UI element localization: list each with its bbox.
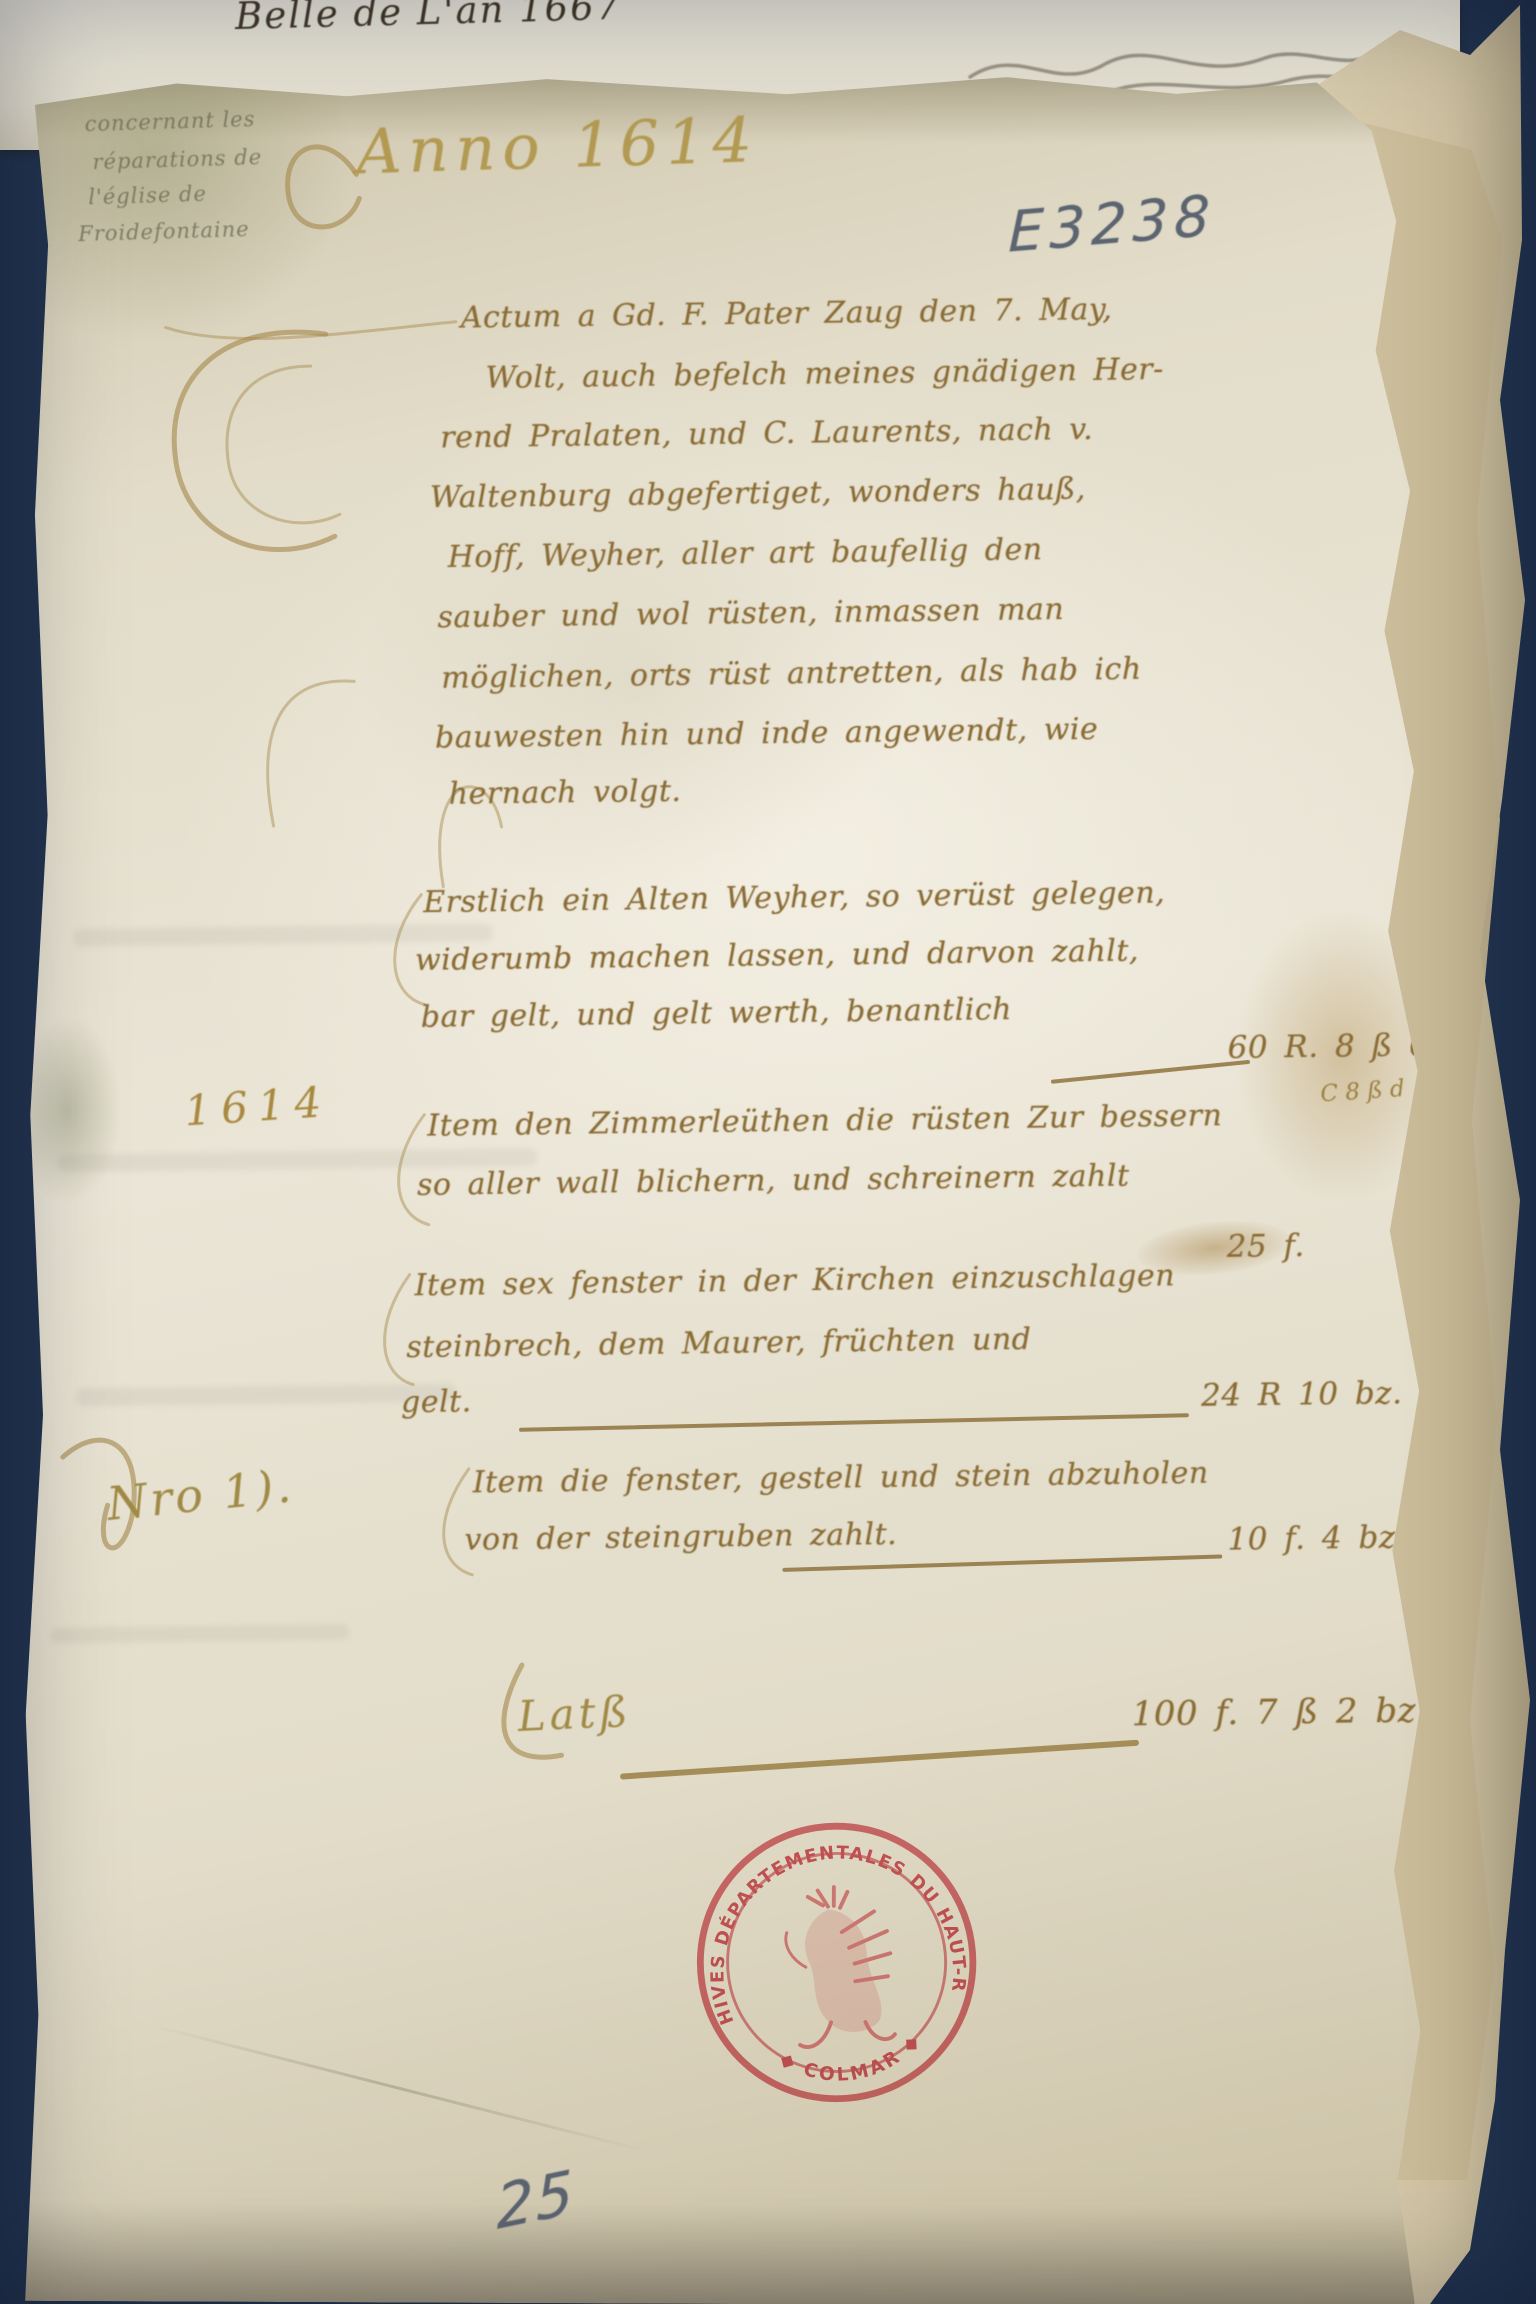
pencil-folio-number: 25 (495, 2156, 576, 2243)
text-line: Wolt, auch befelch meines gnädigen Her- (485, 352, 1164, 396)
margin-note-line: réparations de (92, 145, 262, 174)
shadow-bottom-edge (17, 2201, 1442, 2304)
margin-note-line: Froidefontaine (78, 217, 250, 246)
margin-year: 1614 (183, 1077, 333, 1136)
text-line: gelt. (401, 1384, 472, 1420)
back-sheet-inscription: Belle de L'an 1667 (235, 0, 622, 38)
fill-dash (519, 1413, 1189, 1432)
text-line: rend Pralaten, und C. Laurents, nach v. (440, 412, 1093, 456)
fill-dash (1051, 1060, 1250, 1084)
margin-note-line: l'église de (88, 182, 207, 210)
stamp-emblem-griffin (777, 1880, 903, 2052)
text-line: steinbrech, dem Maurer, früchten und (406, 1322, 1032, 1365)
total-amount: 100 f. 7 ß 2 bz. (1131, 1690, 1427, 1734)
entry-amount: 24 R 10 bz. (1201, 1375, 1403, 1414)
photo-of-archival-document: Belle de L'an 1667 (0, 0, 1536, 2304)
archive-stamp: ARCHIVES DÉPARTEMENTALES DU HAUT-RHIN ◆ … (670, 1794, 1004, 2131)
entry-amount: 10 f. 4 bz (1227, 1519, 1396, 1557)
text-line: hernach volgt. (448, 774, 681, 812)
entry-amount: 25 f. (1227, 1228, 1305, 1265)
margin-note-line: concernant les (84, 107, 255, 136)
text-line: bar gelt, und gelt werth, benantlich (421, 992, 1013, 1035)
total-label: Latß (517, 1687, 633, 1741)
entry-amount-note: C 8 ß d (1320, 1076, 1406, 1107)
verso-bleed (50, 1624, 350, 1644)
text-line: Actum a Gd. F. Pater Zaug den 7. May, (461, 292, 1113, 336)
page-heading-year: Anno 1614 (356, 103, 761, 188)
verso-bleed (76, 1383, 456, 1406)
pencil-reference: E3238 (1008, 183, 1217, 266)
text-line: Item sex fenster in der Kirchen einzusch… (414, 1258, 1175, 1303)
text-line: bauwesten hin und inde angewendt, wie (435, 712, 1099, 756)
entry-amount: 60 R. 8 ß 6 (1227, 1027, 1429, 1066)
text-line: möglichen, orts rüst antretten, als hab … (441, 652, 1142, 696)
stain-left-mid (12, 1015, 123, 1205)
text-line: Erstlich ein Alten Weyher, so verüst gel… (423, 875, 1165, 920)
manuscript-page: concernant les réparations de l'église d… (17, 65, 1452, 2304)
text-line: Hoff, Weyher, aller art baufellig den (448, 532, 1043, 575)
stamp-text-bottom: ◆ COLMAR ◆ (774, 2027, 930, 2096)
text-line: von der steingruben zahlt. (464, 1517, 897, 1558)
text-line: Item den Zimmerleüthen die rüsten Zur be… (427, 1098, 1222, 1143)
fill-dash (620, 1740, 1139, 1780)
crease-line (146, 2023, 651, 2154)
text-line: widerumb machen lassen, und darvon zahlt… (415, 933, 1139, 977)
margin-number: Nro 1). (104, 1458, 296, 1531)
fill-dash (782, 1554, 1222, 1571)
text-line: sauber und wol rüsten, inmassen man (437, 592, 1064, 635)
text-line: Waltenburg abgefertiget, wonders hauß, (430, 472, 1086, 516)
text-line: Item die fenster, gestell und stein abzu… (473, 1456, 1209, 1501)
